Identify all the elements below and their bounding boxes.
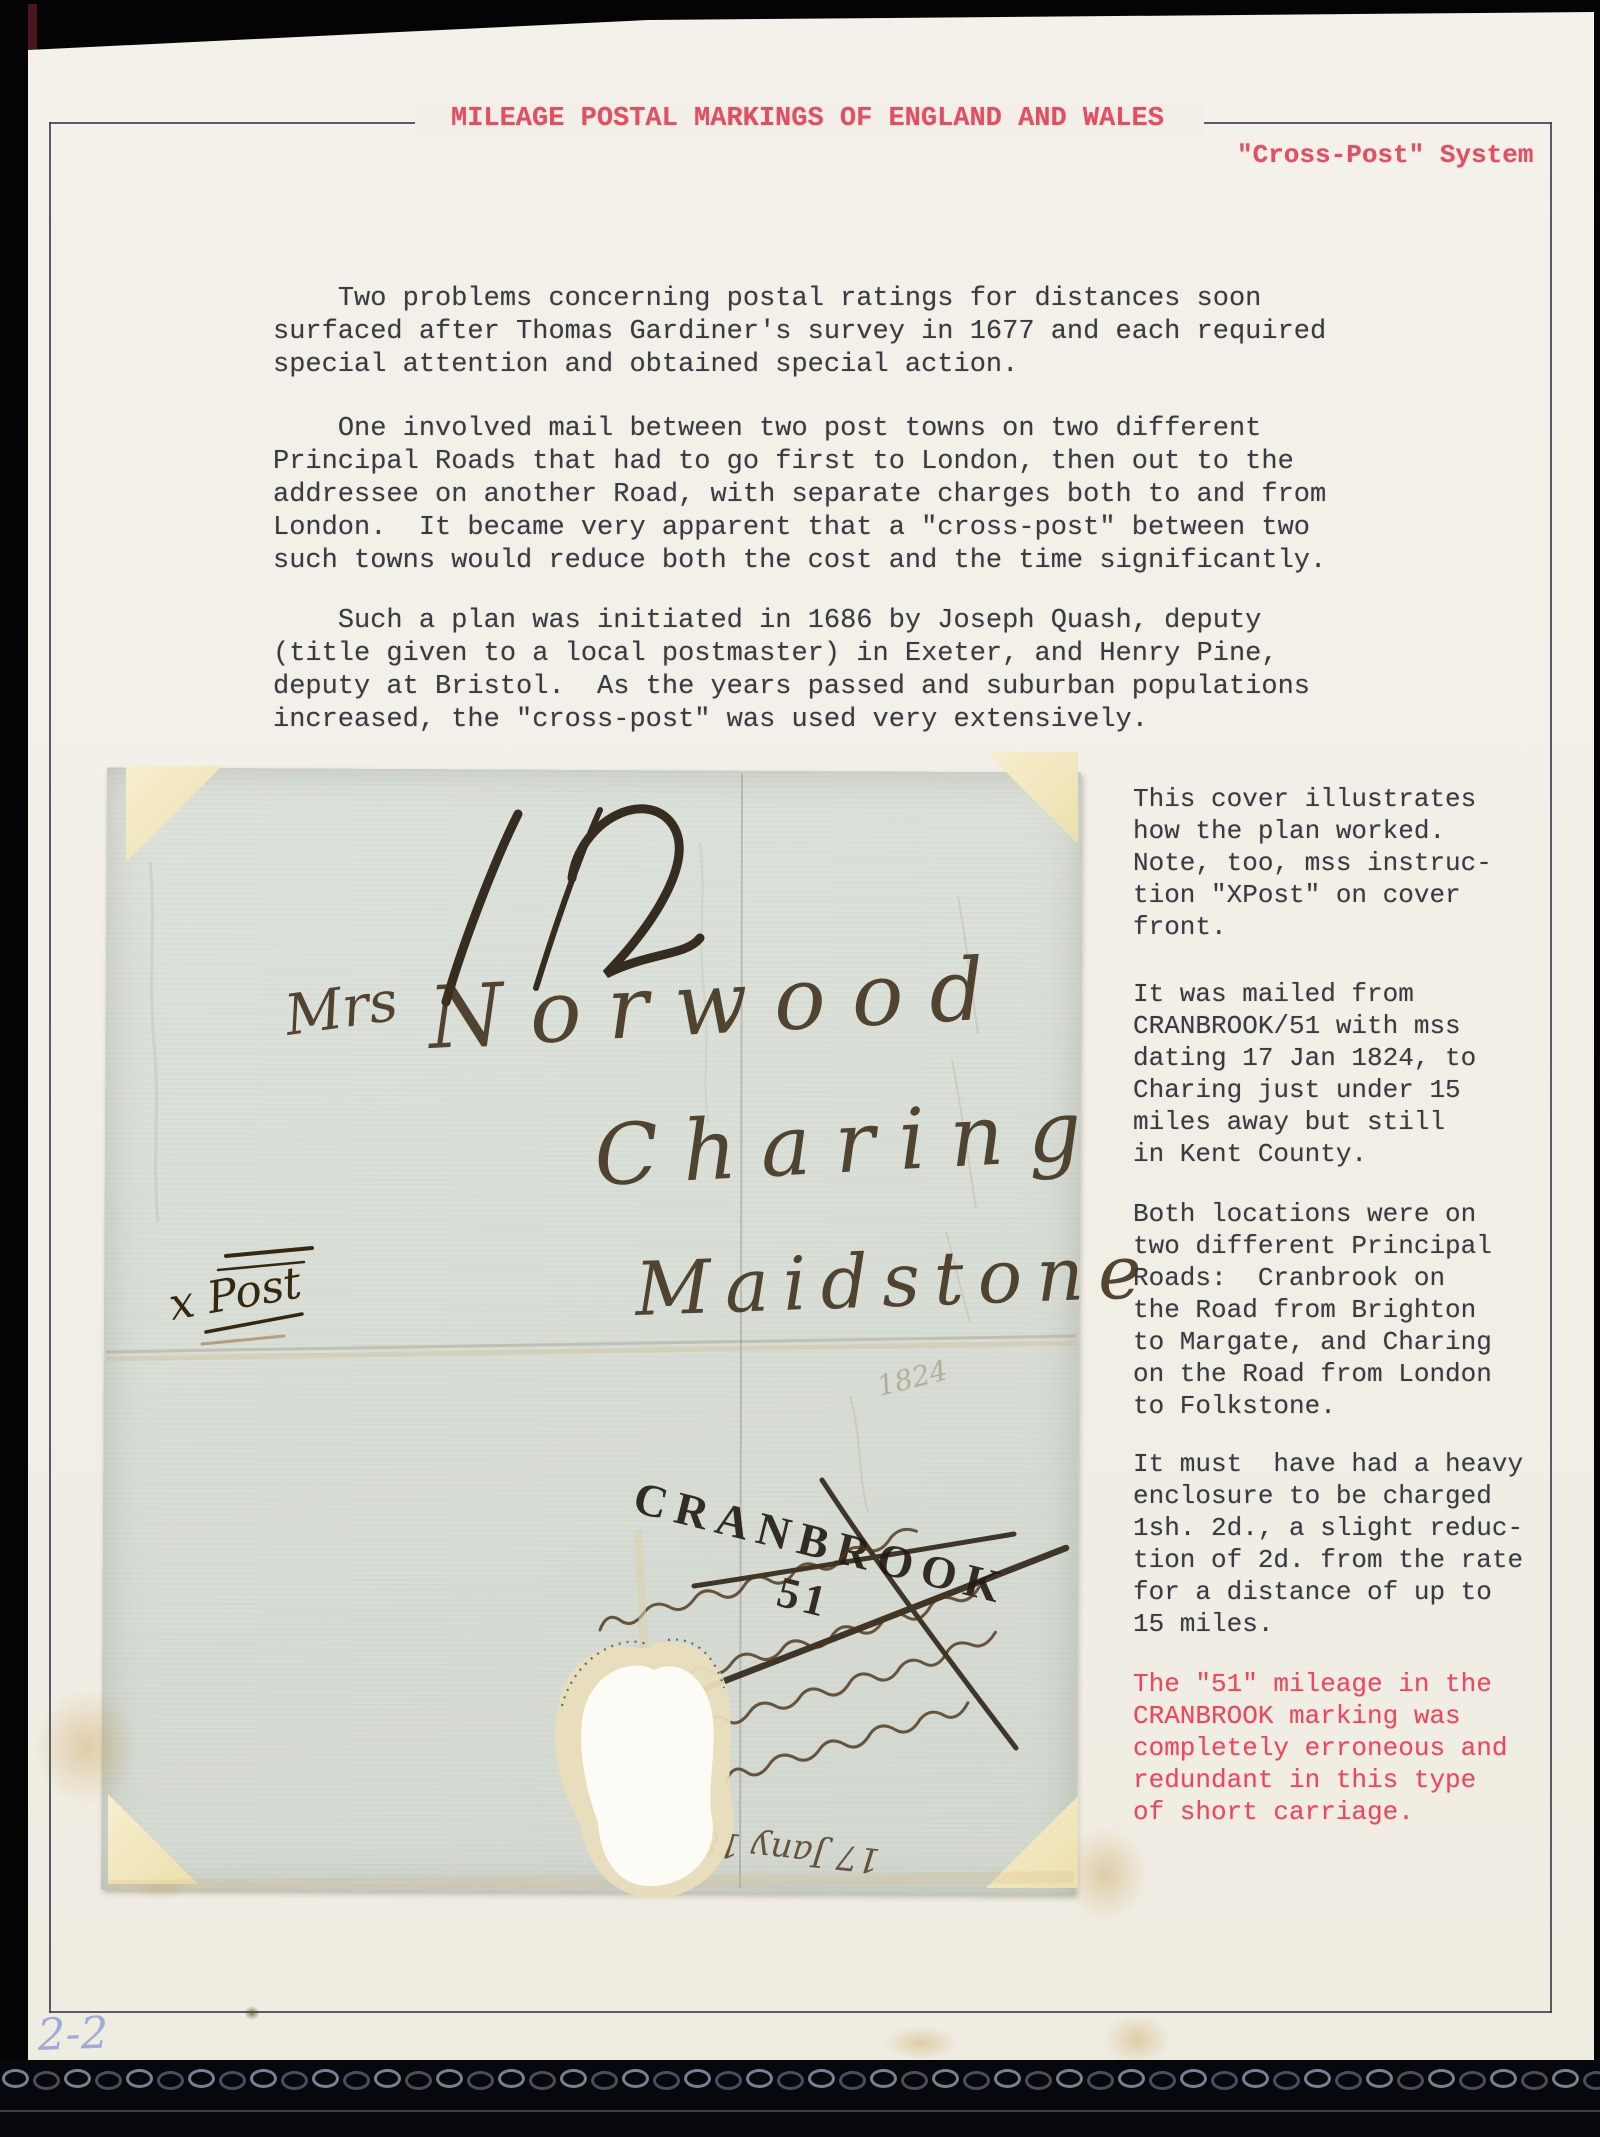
stitch-link — [436, 2069, 463, 2088]
stitch-link — [1552, 2069, 1579, 2088]
binding-edge-highlight — [0, 2110, 1600, 2112]
stitch-link — [808, 2069, 835, 2088]
stitch-link — [281, 2071, 308, 2090]
postmark-mileage: 51 — [772, 1567, 834, 1627]
stitch-link — [932, 2069, 959, 2088]
stitch-link — [994, 2069, 1021, 2088]
stitch-link — [529, 2071, 556, 2090]
stitch-link — [715, 2071, 742, 2090]
address-line2: Charing — [592, 1080, 1108, 1205]
stitch-link — [157, 2071, 184, 2090]
stitch-link — [343, 2071, 370, 2090]
stitch-link — [312, 2069, 339, 2088]
stitch-link — [1149, 2071, 1176, 2090]
stitch-link — [591, 2071, 618, 2090]
stitch-link — [1583, 2071, 1600, 2090]
stitch-link — [653, 2071, 680, 2090]
stitch-link — [1087, 2071, 1114, 2090]
address-script: Mrs Norwood Charing Maidstone — [280, 939, 1157, 1333]
stitch-link — [95, 2071, 122, 2090]
stitch-link — [1242, 2069, 1269, 2088]
stitch-link — [1459, 2071, 1486, 2090]
addressee-prefix: Mrs — [280, 969, 402, 1049]
stitch-link — [1180, 2069, 1207, 2088]
stitch-link — [498, 2069, 525, 2088]
stitch-link — [219, 2071, 246, 2090]
stitch-link — [1366, 2069, 1393, 2088]
stitch-link — [2, 2069, 29, 2088]
stitch-link — [1025, 2071, 1052, 2090]
stitch-link — [622, 2069, 649, 2088]
stitch-link — [374, 2069, 401, 2088]
page-number: 2-2 — [36, 2008, 110, 2061]
stitch-link — [1304, 2069, 1331, 2088]
stitch-link — [1335, 2071, 1362, 2090]
cover-markings-layer: 1824 Mrs Norwood Charing Maidstone x Pos… — [0, 0, 1600, 2137]
stitch-link — [126, 2069, 153, 2088]
stitch-link — [901, 2071, 928, 2090]
stitch-link — [1521, 2071, 1548, 2090]
stitch-link — [746, 2069, 773, 2088]
stitch-link — [33, 2071, 60, 2090]
addressee-name: Norwood — [424, 939, 1013, 1069]
stitch-link — [1211, 2071, 1238, 2090]
xpost-instruction: x Post — [165, 1248, 312, 1344]
stitch-link — [1397, 2071, 1424, 2090]
stitch-link — [1273, 2071, 1300, 2090]
binding-stitch-links — [0, 2075, 1600, 2093]
album-binding-edge — [0, 2060, 1600, 2137]
stitch-link — [1490, 2069, 1517, 2088]
stitch-link — [64, 2069, 91, 2088]
pencil-year: 1824 — [874, 1354, 951, 1403]
stitch-link — [870, 2069, 897, 2088]
stitch-link — [405, 2071, 432, 2090]
stitch-link — [1056, 2069, 1083, 2088]
stitch-link — [467, 2071, 494, 2090]
stitch-link — [1118, 2069, 1145, 2088]
stitch-link — [1428, 2069, 1455, 2088]
stitch-link — [684, 2069, 711, 2088]
stitch-link — [188, 2069, 215, 2088]
stitch-link — [963, 2071, 990, 2090]
stitch-link — [839, 2071, 866, 2090]
album-page-scan: MILEAGE POSTAL MARKINGS OF ENGLAND AND W… — [0, 0, 1600, 2137]
address-line3: Maidstone — [632, 1229, 1157, 1333]
stitch-link — [250, 2069, 277, 2088]
cranbrook-postmark: CRANBROOK 51 — [615, 1472, 1015, 1669]
stitch-link — [777, 2071, 804, 2090]
stitch-link — [560, 2069, 587, 2088]
